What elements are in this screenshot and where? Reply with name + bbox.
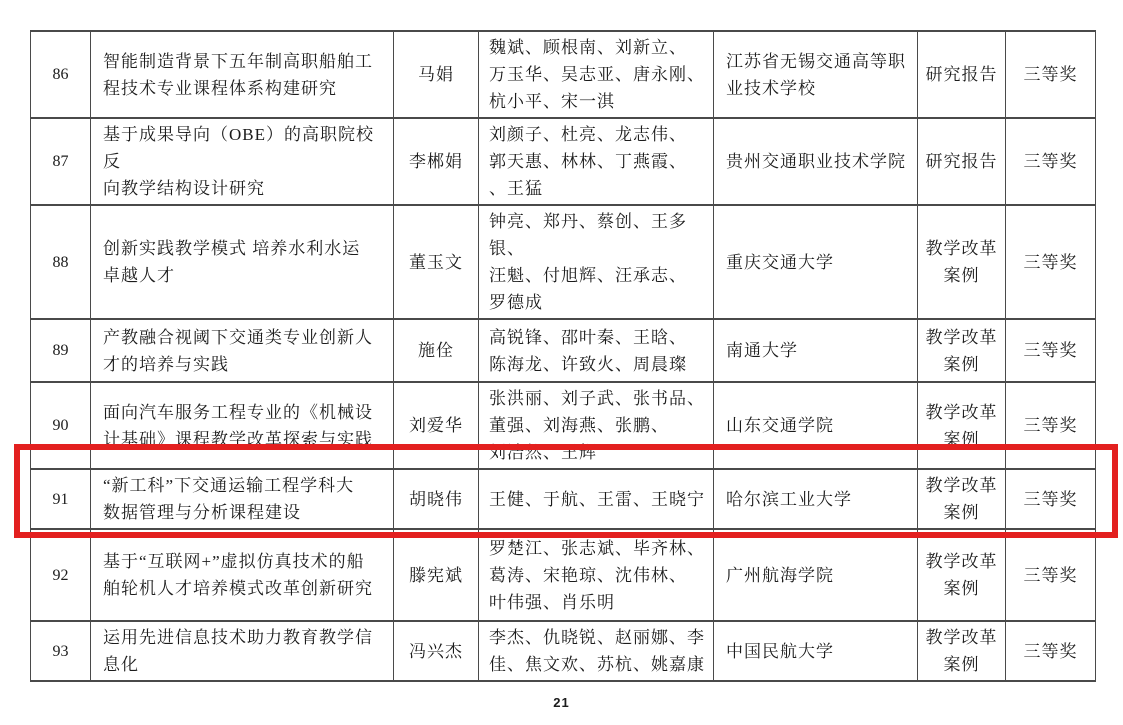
cell-institution: 广州航海学院 — [714, 529, 918, 621]
cell-institution: 江苏省无锡交通高等职 业技术学校 — [714, 31, 918, 118]
cell-award-level: 三等奖 — [1006, 31, 1096, 118]
cell-project-title: 智能制造背景下五年制高职船舶工 程技术专业课程体系构建研究 — [91, 31, 394, 118]
table-row: 93 运用先进信息技术助力教育教学信 息化 冯兴杰 李杰、仇晓锐、赵丽娜、李 佳… — [31, 621, 1096, 681]
cell-leader: 马娟 — [394, 31, 479, 118]
cell-leader: 施佺 — [394, 319, 479, 382]
cell-result-type: 教学改革 案例 — [918, 529, 1006, 621]
cell-result-type: 教学改革 案例 — [918, 319, 1006, 382]
cell-result-type: 教学改革 案例 — [918, 621, 1006, 681]
cell-project-title: 产教融合视阈下交通类专业创新人 才的培养与实践 — [91, 319, 394, 382]
table-row-highlighted: 92 基于“互联网+”虚拟仿真技术的船 舶轮机人才培养模式改革创新研究 滕宪斌 … — [31, 529, 1096, 621]
cell-award-level: 三等奖 — [1006, 118, 1096, 205]
cell-award-level: 三等奖 — [1006, 529, 1096, 621]
cell-project-title: 面向汽车服务工程专业的《机械设 计基础》课程教学改革探索与实践 — [91, 382, 394, 469]
cell-project-title: 创新实践教学模式 培养水利水运 卓越人才 — [91, 205, 394, 319]
cell-award-level: 三等奖 — [1006, 319, 1096, 382]
cell-result-type: 教学改革 案例 — [918, 382, 1006, 469]
table-row: 88 创新实践教学模式 培养水利水运 卓越人才 董玉文 钟亮、郑丹、蔡创、王多银… — [31, 205, 1096, 319]
table-row: 90 面向汽车服务工程专业的《机械设 计基础》课程教学改革探索与实践 刘爱华 张… — [31, 382, 1096, 469]
cell-result-type: 教学改革 案例 — [918, 469, 1006, 529]
cell-members: 罗楚江、张志斌、毕齐林、 葛涛、宋艳琼、沈伟林、 叶伟强、肖乐明 — [479, 529, 714, 621]
cell-institution: 贵州交通职业技术学院 — [714, 118, 918, 205]
cell-serial-number: 86 — [31, 31, 91, 118]
cell-serial-number: 87 — [31, 118, 91, 205]
cell-leader: 滕宪斌 — [394, 529, 479, 621]
cell-leader: 胡晓伟 — [394, 469, 479, 529]
cell-serial-number: 91 — [31, 469, 91, 529]
cell-award-level: 三等奖 — [1006, 469, 1096, 529]
cell-members: 高锐锋、邵叶秦、王晗、 陈海龙、许致火、周晨璨 — [479, 319, 714, 382]
cell-members: 张洪丽、刘子武、张书品、 董强、刘海燕、张鹏、 刘浩然、王辉 — [479, 382, 714, 469]
cell-serial-number: 90 — [31, 382, 91, 469]
cell-members: 李杰、仇晓锐、赵丽娜、李 佳、焦文欢、苏杭、姚嘉康 — [479, 621, 714, 681]
table-row: 91 “新工科”下交通运输工程学科大 数据管理与分析课程建设 胡晓伟 王健、于航… — [31, 469, 1096, 529]
cell-leader: 刘爱华 — [394, 382, 479, 469]
cell-serial-number: 88 — [31, 205, 91, 319]
cell-institution: 中国民航大学 — [714, 621, 918, 681]
table-row: 86 智能制造背景下五年制高职船舶工 程技术专业课程体系构建研究 马娟 魏斌、顾… — [31, 31, 1096, 118]
awards-table-body: 86 智能制造背景下五年制高职船舶工 程技术专业课程体系构建研究 马娟 魏斌、顾… — [31, 31, 1096, 681]
awards-table: 86 智能制造背景下五年制高职船舶工 程技术专业课程体系构建研究 马娟 魏斌、顾… — [30, 30, 1096, 682]
cell-result-type: 研究报告 — [918, 31, 1006, 118]
page-number: 21 — [0, 695, 1123, 710]
cell-institution: 重庆交通大学 — [714, 205, 918, 319]
cell-serial-number: 93 — [31, 621, 91, 681]
cell-members: 王健、于航、王雷、王晓宁 — [479, 469, 714, 529]
table-row: 89 产教融合视阈下交通类专业创新人 才的培养与实践 施佺 高锐锋、邵叶秦、王晗… — [31, 319, 1096, 382]
cell-award-level: 三等奖 — [1006, 382, 1096, 469]
cell-award-level: 三等奖 — [1006, 205, 1096, 319]
cell-award-level: 三等奖 — [1006, 621, 1096, 681]
cell-institution: 山东交通学院 — [714, 382, 918, 469]
cell-result-type: 研究报告 — [918, 118, 1006, 205]
cell-members: 魏斌、顾根南、刘新立、 万玉华、吴志亚、唐永刚、 杭小平、宋一淇 — [479, 31, 714, 118]
cell-institution: 哈尔滨工业大学 — [714, 469, 918, 529]
cell-project-title: 基于成果导向（OBE）的高职院校反 向教学结构设计研究 — [91, 118, 394, 205]
cell-serial-number: 89 — [31, 319, 91, 382]
cell-project-title: 基于“互联网+”虚拟仿真技术的船 舶轮机人才培养模式改革创新研究 — [91, 529, 394, 621]
cell-leader: 李郴娟 — [394, 118, 479, 205]
cell-leader: 董玉文 — [394, 205, 479, 319]
cell-members: 钟亮、郑丹、蔡创、王多银、 汪魁、付旭辉、汪承志、 罗德成 — [479, 205, 714, 319]
table-row: 87 基于成果导向（OBE）的高职院校反 向教学结构设计研究 李郴娟 刘颜子、杜… — [31, 118, 1096, 205]
cell-project-title: 运用先进信息技术助力教育教学信 息化 — [91, 621, 394, 681]
cell-project-title: “新工科”下交通运输工程学科大 数据管理与分析课程建设 — [91, 469, 394, 529]
cell-institution: 南通大学 — [714, 319, 918, 382]
cell-serial-number: 92 — [31, 529, 91, 621]
cell-result-type: 教学改革 案例 — [918, 205, 1006, 319]
cell-leader: 冯兴杰 — [394, 621, 479, 681]
cell-members: 刘颜子、杜亮、龙志伟、 郭天惠、林林、丁燕霞、 、王猛 — [479, 118, 714, 205]
